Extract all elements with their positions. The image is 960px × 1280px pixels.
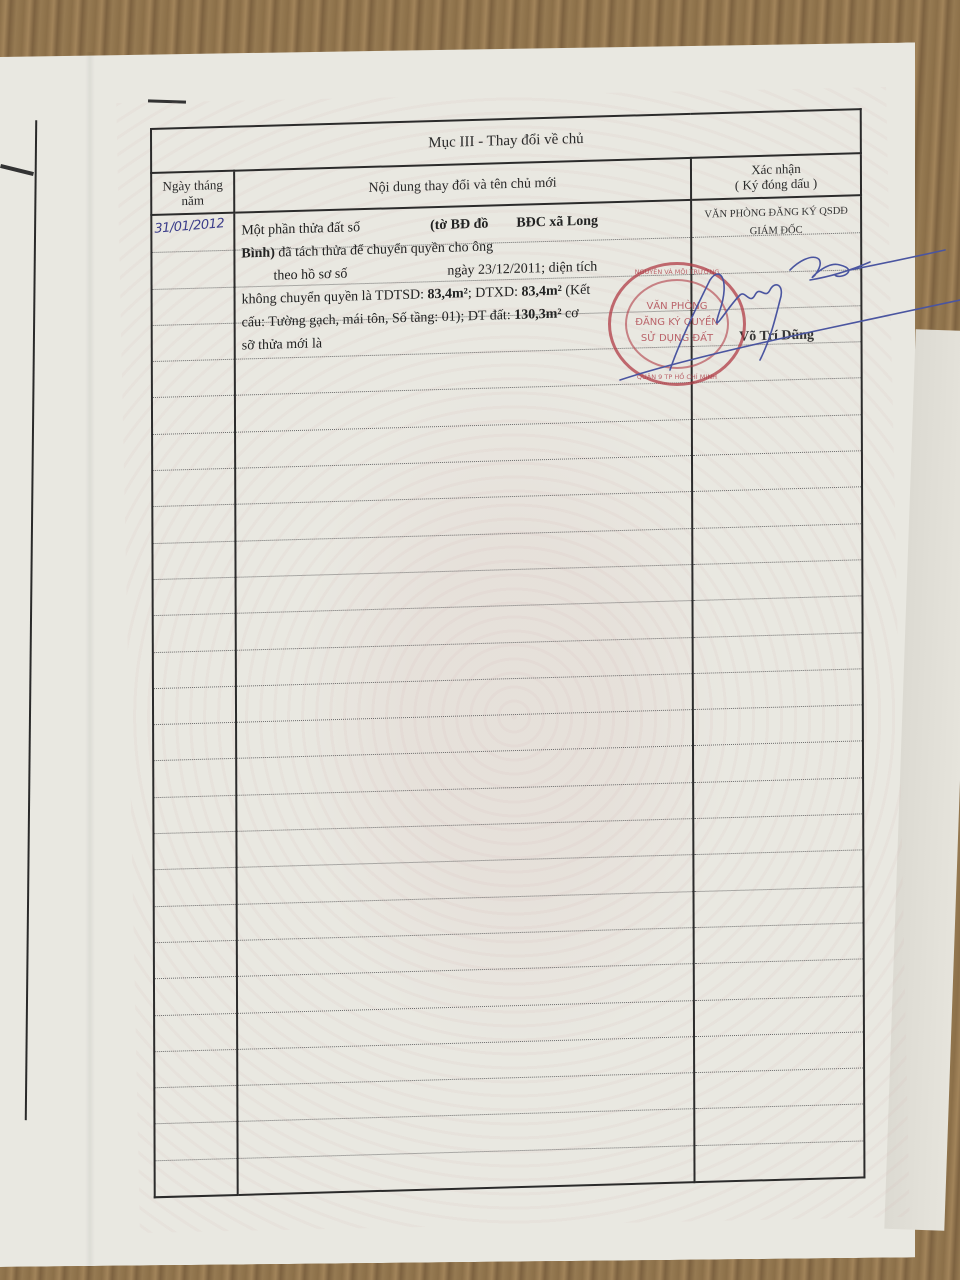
dotted-rule <box>153 540 234 543</box>
dotted-rule <box>238 854 693 868</box>
dotted-rule <box>694 777 862 783</box>
dotted-rule <box>695 959 863 965</box>
dotted-rule <box>154 831 235 834</box>
dotted-rule <box>695 1068 863 1074</box>
text: theo hồ sơ số <box>273 267 347 284</box>
dotted-rule <box>238 1072 693 1086</box>
dotted-rule <box>155 940 236 943</box>
official-red-stamp: NGUYÊN VÀ MÔI TRƯỜNG VĂN PHÒNG ĐĂNG KÝ Q… <box>608 262 746 386</box>
dotted-rule <box>694 704 862 710</box>
text: ngày 23/12/2011; diện tích <box>447 260 597 279</box>
dotted-rule <box>695 1031 863 1037</box>
dotted-rule <box>237 709 692 723</box>
dotted-rule <box>237 673 692 687</box>
stamp-line: VĂN PHÒNG <box>647 301 708 312</box>
text: sỡ thửa mới là <box>242 336 322 353</box>
dotted-rule <box>693 523 861 529</box>
stamp-center-text: VĂN PHÒNG ĐĂNG KÝ QUYỀN SỬ DỤNG ĐẤT <box>611 299 743 347</box>
dotted-rule <box>155 904 236 907</box>
text: Bình) <box>241 246 275 262</box>
dotted-rule <box>695 1104 863 1110</box>
text: cấu: Tường gạch, mái tôn, Số tầng: 01); … <box>242 308 511 331</box>
header-line: Ngày tháng <box>163 177 223 194</box>
column-header-confirm: Xác nhận ( Ký đóng dấu ) <box>691 153 861 200</box>
dotted-rule <box>693 414 861 420</box>
dotted-rule <box>238 963 693 977</box>
office-name: VĂN PHÒNG ĐĂNG KÝ QSDĐ <box>704 206 847 221</box>
column-header-date: Ngày tháng năm <box>151 171 234 215</box>
dotted-rule <box>155 867 236 870</box>
dotted-rule <box>238 1109 693 1123</box>
ruled-lines <box>152 214 236 1197</box>
text: BĐC xã Long <box>516 214 598 231</box>
dotted-rule <box>693 596 861 602</box>
stamp-line: ĐĂNG KÝ QUYỀN <box>635 317 719 328</box>
dotted-rule <box>695 886 863 892</box>
stamp-line: SỬ DỤNG ĐẤT <box>641 333 713 344</box>
dotted-rule <box>155 976 236 979</box>
dotted-rule <box>153 504 234 507</box>
dotted-rule <box>155 1121 236 1124</box>
text: (tờ BĐ đồ <box>430 217 488 234</box>
dotted-rule <box>154 577 235 580</box>
dotted-rule <box>154 758 235 761</box>
dotted-rule <box>237 564 692 578</box>
dotted-rule <box>153 323 234 326</box>
dotted-rule <box>238 891 693 905</box>
dotted-rule <box>156 1158 237 1161</box>
stamp-ring-text: NGUYÊN VÀ MÔI TRƯỜNG <box>611 268 743 276</box>
dotted-rule <box>237 637 692 651</box>
dotted-rule <box>693 487 861 493</box>
dotted-rule <box>236 455 691 469</box>
dotted-rule <box>236 528 691 542</box>
text: không chuyển quyền là TDTSD: <box>242 287 424 307</box>
dotted-rule <box>236 419 691 433</box>
dotted-rule <box>237 818 692 832</box>
dotted-rule <box>154 722 235 725</box>
dotted-rule <box>152 250 233 253</box>
dotted-rule <box>695 1140 863 1146</box>
text: đã tách thửa để chuyển quyền cho ông <box>278 239 493 260</box>
dotted-rule <box>154 686 235 689</box>
dotted-rule <box>693 450 861 456</box>
dotted-rule <box>695 922 863 928</box>
dotted-rule <box>237 746 692 760</box>
dotted-rule <box>236 491 691 505</box>
header-line: ( Ký đóng dấu ) <box>735 175 817 192</box>
dotted-rule <box>153 395 234 398</box>
dotted-rule <box>155 1085 236 1088</box>
dotted-rule <box>237 782 692 796</box>
dotted-rule <box>154 795 235 798</box>
dotted-rule <box>239 1145 694 1159</box>
dotted-rule <box>153 432 234 435</box>
dotted-rule <box>694 668 862 674</box>
text: 83,4m² <box>521 284 561 300</box>
header-line: năm <box>182 193 204 209</box>
dotted-rule <box>237 600 692 614</box>
ownership-change-table: Mục III - Thay đổi về chủ Ngày tháng năm… <box>150 108 865 1198</box>
dotted-rule <box>154 613 235 616</box>
dotted-rule <box>694 850 862 856</box>
text: (Kết <box>565 283 590 299</box>
dotted-rule <box>236 382 691 396</box>
dotted-rule <box>694 813 862 819</box>
dotted-rule <box>238 927 693 941</box>
dotted-rule <box>238 1036 693 1050</box>
text: ; DTXD: <box>468 285 518 301</box>
confirming-office: VĂN PHÒNG ĐĂNG KÝ QSDĐ GIÁM ĐỐC <box>692 202 860 243</box>
dotted-rule <box>155 1012 236 1015</box>
dotted-rule <box>694 632 862 638</box>
dotted-rule <box>695 995 863 1001</box>
ownership-change-form: Mục III - Thay đổi về chủ Ngày tháng năm… <box>150 108 863 1198</box>
text: 130,3m² <box>514 307 561 323</box>
header-line: Xác nhận <box>751 161 800 177</box>
stamp-ring-text: QUẬN 9 TP HỒ CHÍ MINH <box>611 373 743 381</box>
dotted-rule <box>238 1000 693 1014</box>
booklet-spine <box>85 52 95 1267</box>
dotted-rule <box>154 649 235 652</box>
text: 83,4m² <box>427 286 467 302</box>
dotted-rule <box>153 359 234 362</box>
text: cơ <box>565 306 579 321</box>
dotted-rule <box>694 741 862 747</box>
date-cell: 31/01/2012 <box>151 213 237 1198</box>
dotted-rule <box>693 559 861 565</box>
dotted-rule <box>153 468 234 471</box>
signer-role: GIÁM ĐỐC <box>750 225 803 237</box>
text: Một phần thửa đất số <box>241 220 360 238</box>
dotted-rule <box>153 286 234 289</box>
dotted-rule <box>155 1049 236 1052</box>
